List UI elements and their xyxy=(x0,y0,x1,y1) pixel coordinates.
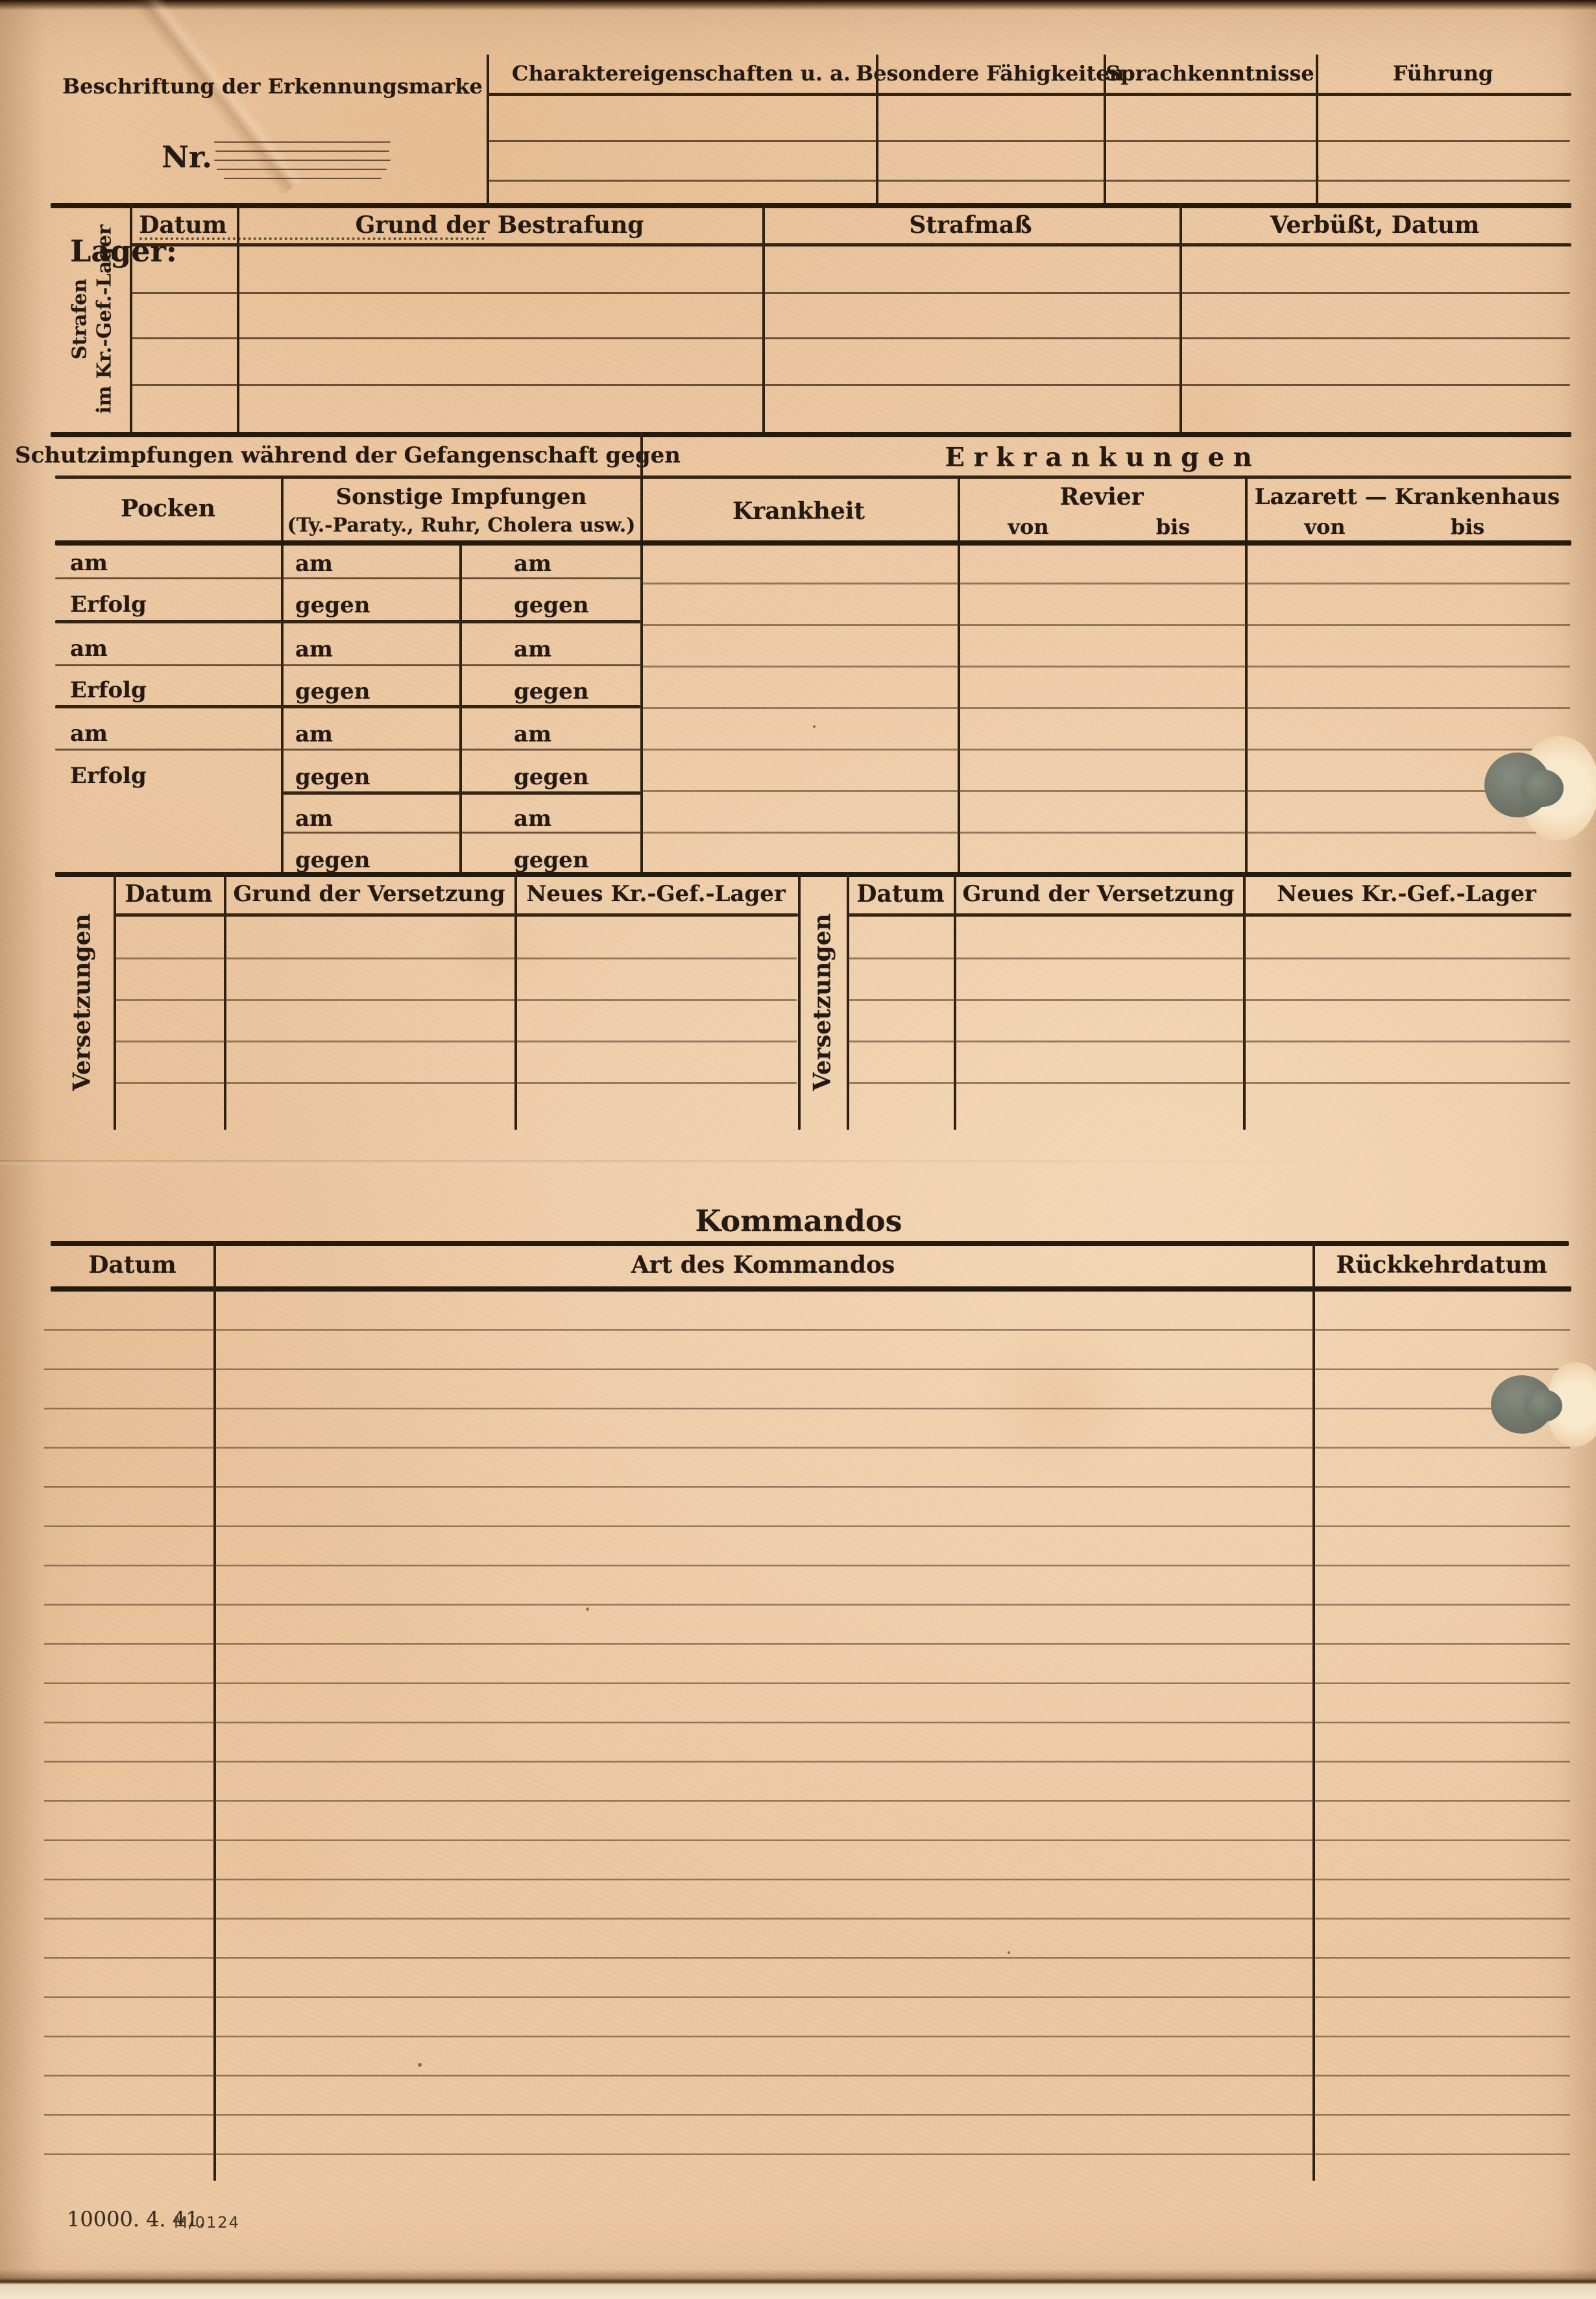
vaccination-against-label: gegen xyxy=(295,847,370,873)
punishments-col-degree: Strafmaß xyxy=(909,211,1032,239)
illnesses-sickbay-from: von xyxy=(1008,514,1048,539)
vaccination-against-label: gegen xyxy=(514,764,589,790)
header-underline xyxy=(114,913,798,917)
vaccination-against-label: gegen xyxy=(295,592,370,618)
vaccination-against-label: gegen xyxy=(514,679,589,704)
column-header-languages: Sprachkenntnisse xyxy=(1106,61,1314,86)
transfers-col-reason: Grund der Versetzung xyxy=(234,881,505,907)
illnesses-col-hospital: Lazarett — Krankenhaus xyxy=(1255,484,1560,510)
vaccination-date-label: am xyxy=(70,721,108,747)
column-divider xyxy=(876,54,878,208)
vaccination-against-label: gegen xyxy=(514,592,589,618)
illnesses-title: Erkrankungen xyxy=(945,442,1261,473)
vaccination-date-label: am xyxy=(514,551,551,577)
vaccination-result-label: Erfolg xyxy=(70,677,147,703)
table-divider xyxy=(281,475,284,877)
column-divider xyxy=(1104,54,1106,208)
vaccination-against-label: gegen xyxy=(514,847,589,873)
table-divider xyxy=(130,203,132,437)
vaccination-date-label: am xyxy=(514,806,551,832)
vaccinations-col-smallpox: Pocken xyxy=(121,495,215,522)
transfers-col-date: Datum xyxy=(856,880,944,908)
header-underline xyxy=(487,93,1571,96)
work-details-col-date: Datum xyxy=(88,1251,176,1279)
row-line xyxy=(131,337,1570,339)
vaccination-date-label: am xyxy=(70,550,108,576)
column-header-abilities: Besondere Fähigkeiten xyxy=(856,61,1124,86)
row-line xyxy=(488,180,1570,182)
group-separator xyxy=(55,705,640,708)
punch-hole xyxy=(1521,769,1564,807)
transfers-col-newcamp: Neues Kr.-Gef.-Lager xyxy=(526,881,786,907)
fold-crease-horizontal xyxy=(0,1160,1596,1164)
section-border xyxy=(55,872,1571,877)
transfers-col-newcamp: Neues Kr.-Gef.-Lager xyxy=(1277,881,1536,907)
id-number-writing-line[interactable] xyxy=(214,160,391,161)
row-line xyxy=(55,664,640,666)
illnesses-col-disease: Krankheit xyxy=(732,498,865,525)
id-tag-number-label: Nr. xyxy=(162,139,212,175)
row-line xyxy=(131,384,1570,386)
illnesses-col-sickbay: Revier xyxy=(1059,483,1143,511)
vaccination-date-label: am xyxy=(295,806,333,832)
row-line xyxy=(281,832,640,834)
row-line xyxy=(55,577,640,579)
paper-edge-top xyxy=(0,0,1596,10)
row-line xyxy=(55,749,640,751)
header-underline xyxy=(847,913,1571,917)
column-divider xyxy=(487,54,489,208)
pow-record-card-scan: Beschriftung der Erkennungsmarke Nr. Lag… xyxy=(0,0,1596,2299)
work-details-col-return: Rückkehrdatum xyxy=(1336,1251,1547,1279)
table-divider xyxy=(459,540,462,877)
id-number-writing-line[interactable] xyxy=(215,150,389,152)
vaccination-result-label: Erfolg xyxy=(70,592,147,618)
table-divider xyxy=(237,203,239,437)
vaccinations-title: Schutzimpfungen während der Gefangenscha… xyxy=(15,442,681,468)
table-divider xyxy=(1179,203,1182,437)
illnesses-hospital-from: von xyxy=(1304,514,1345,539)
punishments-col-reason: Grund der Bestrafung xyxy=(356,211,644,239)
header-underline xyxy=(51,1286,1571,1292)
vaccination-date-label: am xyxy=(295,721,333,747)
vaccination-date-label: am xyxy=(514,636,551,662)
vaccination-date-label: am xyxy=(514,721,551,747)
transfers-side-label: Versetzungen xyxy=(68,913,97,1090)
table-divider xyxy=(798,872,801,1130)
punch-hole xyxy=(1525,1390,1562,1422)
group-separator xyxy=(55,620,640,623)
group-separator xyxy=(281,791,640,795)
id-number-writing-line[interactable] xyxy=(224,178,381,179)
vaccinations-col-other-line1: Sonstige Impfungen xyxy=(336,484,587,510)
punishments-col-served: Verbüßt, Datum xyxy=(1270,211,1479,239)
row-line xyxy=(488,140,1570,142)
vaccination-against-label: gegen xyxy=(295,679,370,704)
work-details-col-type: Art des Kommandos xyxy=(631,1251,895,1279)
transfers-ruled-rows[interactable] xyxy=(848,918,1570,1088)
column-header-conduct: Führung xyxy=(1393,61,1493,86)
vaccination-against-label: gegen xyxy=(295,764,370,790)
vaccinations-col-other-line2: (Ty.-Paraty., Ruhr, Cholera usw.) xyxy=(287,514,636,537)
transfers-side-label: Versetzungen xyxy=(808,913,838,1090)
section-border xyxy=(51,432,1571,437)
illnesses-ruled-rows[interactable] xyxy=(642,543,1570,838)
column-divider xyxy=(1316,54,1318,208)
punishments-side-label-line1: Strafen xyxy=(69,279,91,360)
section-border xyxy=(51,1241,1569,1246)
id-number-writing-line[interactable] xyxy=(214,141,391,143)
vaccination-date-label: am xyxy=(295,636,333,662)
column-header-character: Charaktereigenschaften u. a. xyxy=(512,61,851,86)
transfers-col-reason: Grund der Versetzung xyxy=(963,881,1235,907)
illnesses-hospital-to: bis xyxy=(1451,514,1485,539)
work-details-title: Kommandos xyxy=(695,1203,902,1238)
print-code: M/0124 xyxy=(174,2213,240,2232)
section-border xyxy=(51,203,1571,208)
vaccination-date-label: am xyxy=(295,551,333,577)
vaccination-result-label: Erfolg xyxy=(70,763,147,789)
transfers-col-date: Datum xyxy=(125,880,212,908)
row-line xyxy=(131,292,1570,294)
header-underline xyxy=(130,243,1571,247)
illnesses-sickbay-to: bis xyxy=(1156,514,1191,539)
vaccination-date-label: am xyxy=(70,636,108,662)
paper-edge-bottom xyxy=(0,2269,1596,2299)
id-tag-section-title: Beschriftung der Erkennungsmarke xyxy=(62,74,483,99)
punishments-col-date: Datum xyxy=(139,211,226,239)
work-details-ruled-rows[interactable] xyxy=(44,1292,1570,2158)
table-divider xyxy=(762,203,765,437)
id-number-writing-line[interactable] xyxy=(217,169,387,170)
punishments-side-label: Strafenim Kr.-Gef.-Lager xyxy=(68,224,117,413)
punishments-side-label-line2: im Kr.-Gef.-Lager xyxy=(93,224,115,413)
transfers-ruled-rows[interactable] xyxy=(115,918,797,1088)
